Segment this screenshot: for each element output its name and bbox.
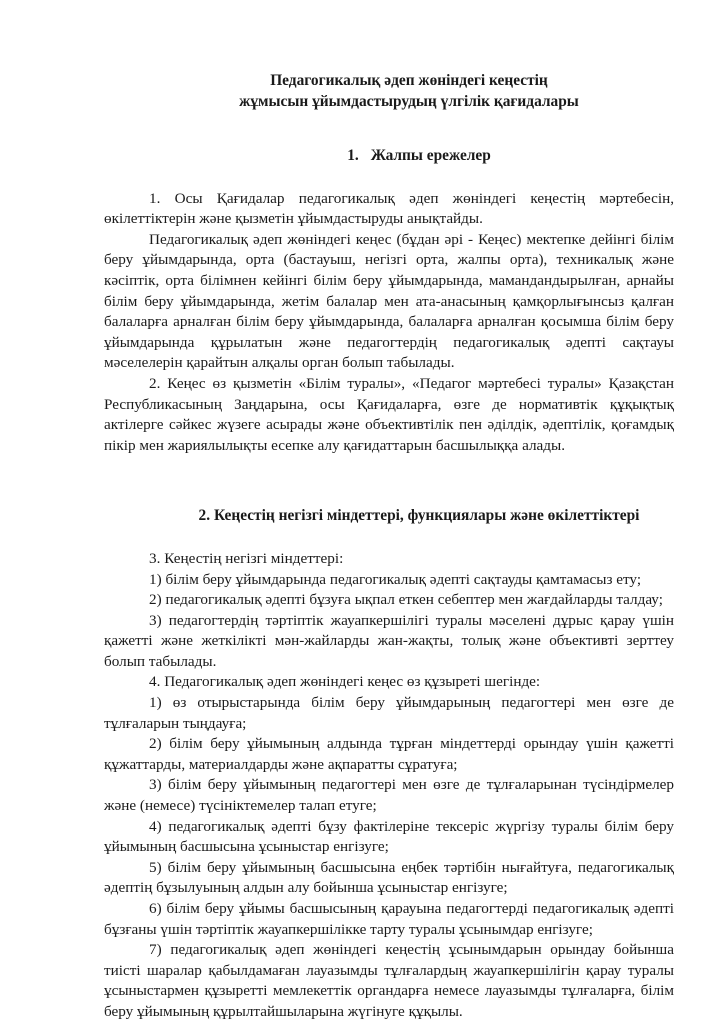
- list-item: 3) білім беру ұйымының педагогтері мен ө…: [104, 775, 674, 816]
- list-item: 5) білім беру ұйымының басшысына еңбек т…: [104, 858, 674, 899]
- section-1-number: 1.: [347, 147, 359, 164]
- list-item: 2) педагогикалық әдепті бұзуға ықпал етк…: [104, 590, 674, 611]
- list-item: 7) педагогикалық әдеп жөніндегі кеңестің…: [104, 940, 674, 1022]
- paragraph: 2. Кеңес өз қызметін «Білім туралы», «Пе…: [104, 374, 674, 456]
- document-page: Педагогикалық әдеп жөніндегі кеңестің жұ…: [104, 70, 674, 1023]
- list-item: 4) педагогикалық әдепті бұзу фактілеріне…: [104, 817, 674, 858]
- section-2-heading: 2. Кеңестің негізгі міндеттері, функциял…: [164, 506, 674, 527]
- list-item: 6) білім беру ұйымы басшысының қарауына …: [104, 899, 674, 940]
- paragraph: 4. Педагогикалық әдеп жөніндегі кеңес өз…: [104, 672, 674, 693]
- list-item: 2) білім беру ұйымының алдында тұрған мі…: [104, 734, 674, 775]
- list-item: 1) білім беру ұйымдарында педагогикалық …: [104, 570, 674, 591]
- section-1-heading: 1.Жалпы ережелер: [164, 146, 674, 167]
- section-2-body: 3. Кеңестің негізгі міндеттері: 1) білім…: [104, 549, 674, 1023]
- paragraph: 3. Кеңестің негізгі міндеттері:: [104, 549, 674, 570]
- title-line-2: жұмысын ұйымдастырудың үлгілік қағидалар…: [144, 91, 674, 112]
- list-item: 1) өз отырыстарында білім беру ұйымдарын…: [104, 693, 674, 734]
- paragraph: Педагогикалық әдеп жөніндегі кеңес (бұда…: [104, 230, 674, 374]
- section-1-body: 1. Осы Қағидалар педагогикалық әдеп жөні…: [104, 189, 674, 457]
- section-1-title: Жалпы ережелер: [371, 147, 491, 164]
- paragraph: 1. Осы Қағидалар педагогикалық әдеп жөні…: [104, 189, 674, 230]
- title-line-1: Педагогикалық әдеп жөніндегі кеңестің: [144, 70, 674, 91]
- document-title: Педагогикалық әдеп жөніндегі кеңестің жұ…: [144, 70, 674, 112]
- list-item: 3) педагогтердің тәртіптік жауапкершіліг…: [104, 611, 674, 673]
